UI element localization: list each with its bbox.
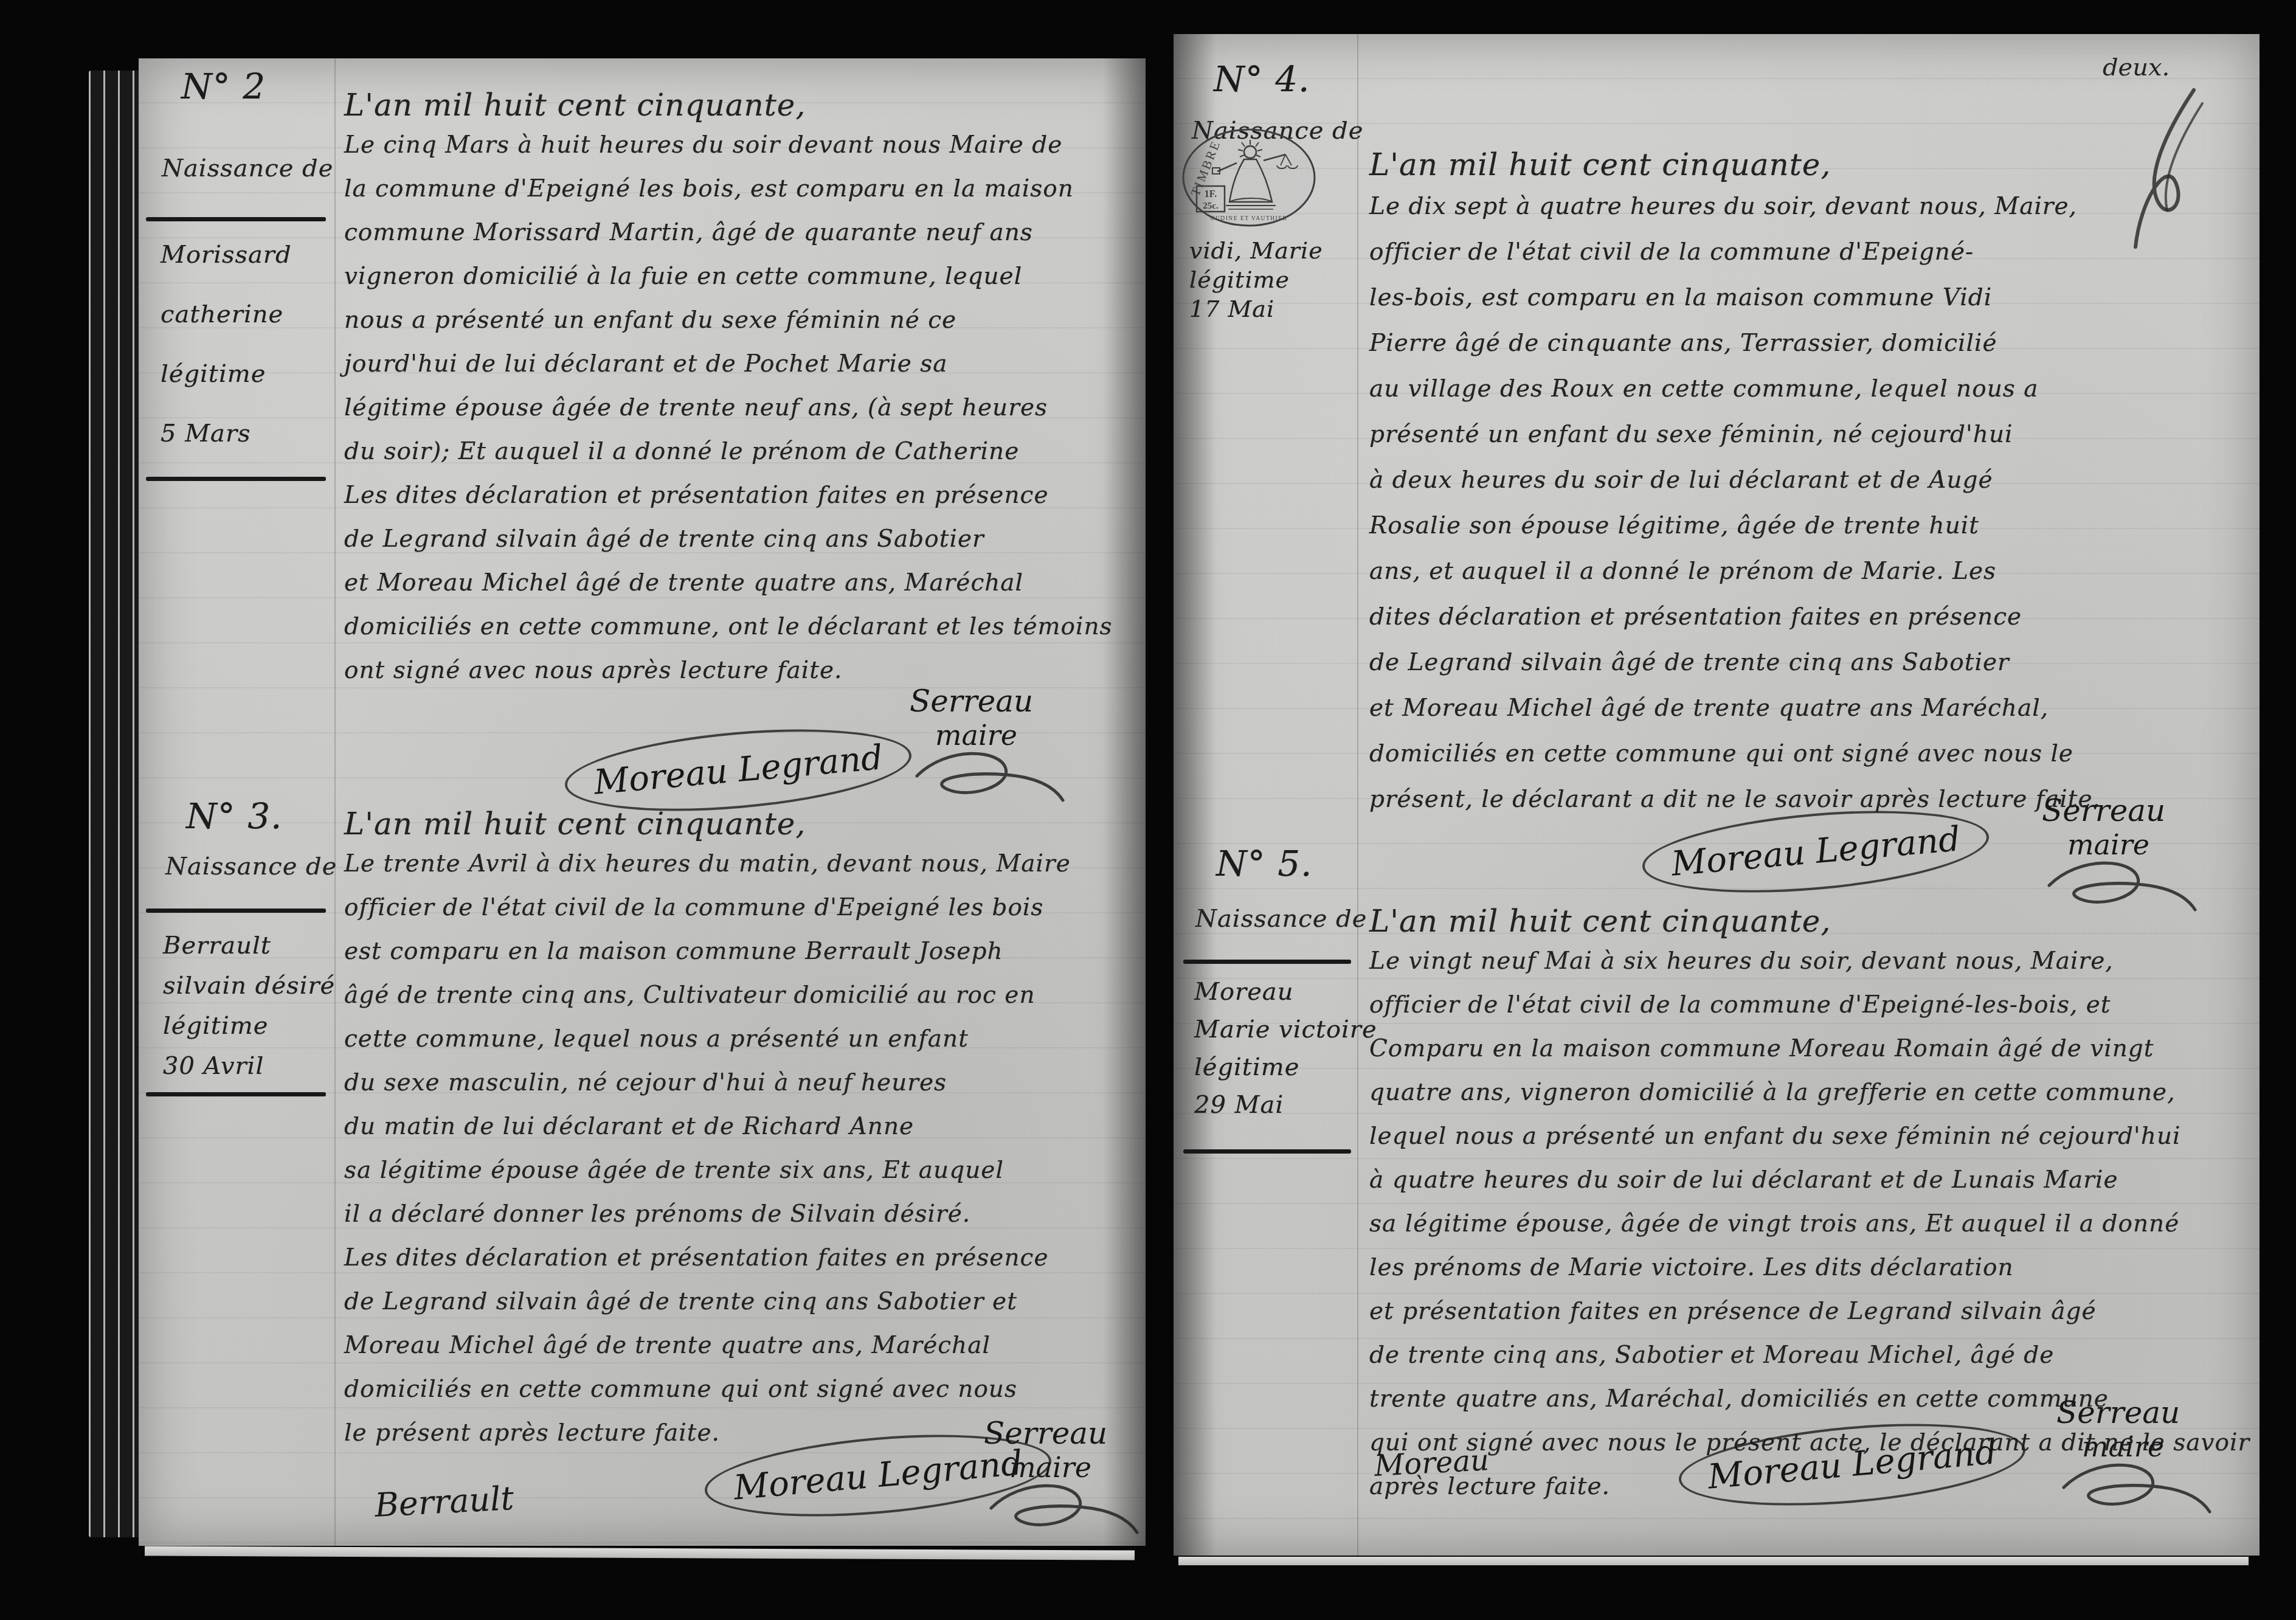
margin-line: légitime	[1194, 1053, 1377, 1091]
book-page-edges	[89, 71, 141, 1537]
signature-paraph-icon	[2056, 1452, 2215, 1525]
stamp-value-franc: 1F.	[1205, 189, 1217, 199]
act-line: cette commune, lequel nous a présenté un…	[344, 1025, 1141, 1069]
act-line: de trente cinq ans, Sabotier et Moreau M…	[1369, 1341, 2251, 1385]
act-text: L'an mil huit cent cinquante,Le cinq Mar…	[344, 88, 1141, 701]
act-line: vigneron domicilié à la fuie en cette co…	[344, 263, 1141, 306]
act-line: Le cinq Mars à huit heures du soir devan…	[344, 131, 1141, 175]
act-line: Moreau Michel âgé de trente quatre ans, …	[344, 1332, 1141, 1376]
act-line: du soir); Et auquel il a donné le prénom…	[344, 438, 1141, 482]
act-line: il a déclaré donner les prénoms de Silva…	[344, 1200, 1141, 1244]
act-line: de Legrand silvain âgé de trente cinq an…	[344, 525, 1141, 569]
act-line: dites déclaration et présentation faites…	[1369, 603, 2251, 649]
act-line: L'an mil huit cent cinquante,	[1369, 147, 2251, 193]
record-number: N° 2	[181, 66, 266, 107]
act-line: officier de l'état civil de la commune d…	[1369, 238, 2251, 284]
margin-line: silvain désiré	[163, 972, 335, 1012]
signature-mayor: Serreau maire	[984, 1416, 1146, 1546]
act-line: officier de l'état civil de la commune d…	[344, 894, 1141, 938]
signature-declarant: Berrault	[374, 1479, 515, 1525]
signature-text: maire	[2082, 1430, 2239, 1463]
act-line: domiciliés en cette commune, ont le décl…	[344, 613, 1141, 657]
act-line: Pierre âgé de cinquante ans, Terrassier,…	[1369, 330, 2251, 375]
record-number: N° 5.	[1216, 843, 1313, 884]
margin-separator	[146, 1092, 326, 1096]
act-line: présenté un enfant du sexe féminin, né c…	[1369, 421, 2251, 466]
act-line: les-bois, est comparu en la maison commu…	[1369, 284, 2251, 330]
timbre-stamp: TIMBRE 1F. 25c. OUDINE ET VAUTHIER	[1178, 125, 1319, 230]
act-line: Le vingt neuf Mai à six heures du soir, …	[1369, 947, 2251, 991]
act-line: du sexe masculin, né cejour d'hui à neuf…	[344, 1069, 1141, 1113]
act-line: domiciliés en cette commune qui ont sign…	[344, 1376, 1141, 1419]
act-line: et présentation faites en présence de Le…	[1369, 1298, 2251, 1341]
act-line: au village des Roux en cette commune, le…	[1369, 375, 2251, 421]
margin-line: Moreau	[1194, 978, 1377, 1016]
record-number: N° 3.	[186, 795, 283, 837]
act-line: jourd'hui de lui déclarant et de Pochet …	[344, 350, 1141, 394]
signature-text: maire	[935, 719, 1092, 752]
signature-paraph-icon	[984, 1473, 1142, 1546]
record-margin-name: vidi, Marielégitime17 Mai	[1189, 237, 1323, 325]
margin-line: Berrault	[163, 932, 335, 972]
act-line: Comparu en la maison commune Moreau Roma…	[1369, 1035, 2251, 1079]
act-line: Les dites déclaration et présentation fa…	[344, 482, 1141, 525]
act-line: lequel nous a présenté un enfant du sexe…	[1369, 1123, 2251, 1166]
record-number: N° 4.	[1214, 58, 1310, 100]
margin-line: vidi, Marie	[1189, 237, 1323, 266]
act-line: et Moreau Michel âgé de trente quatre an…	[344, 569, 1141, 613]
act-line: de Legrand silvain âgé de trente cinq an…	[1369, 649, 2251, 694]
margin-line: légitime	[1189, 266, 1323, 296]
right-page: deux. N° 4. Naissance de TIMBRE 1F. 25c	[1174, 34, 2260, 1556]
act-line: L'an mil huit cent cinquante,	[344, 88, 1141, 131]
margin-rule	[1357, 34, 1358, 1556]
margin-line: légitime	[161, 360, 292, 420]
signature-paraph-icon	[910, 741, 1068, 814]
margin-line: 17 Mai	[1189, 296, 1323, 325]
record-type-label: Naissance de	[162, 154, 333, 182]
signature-declarant: Moreau	[1374, 1443, 1490, 1483]
act-line: Le trente Avril à dix heures du matin, d…	[344, 850, 1141, 894]
record-margin-name: Berraultsilvain désirélégitime30 Avril	[163, 932, 335, 1092]
signature-text: Serreau	[2056, 1395, 2239, 1430]
act-line: sa légitime épouse, âgée de vingt trois …	[1369, 1210, 2251, 1254]
act-line: à deux heures du soir de lui déclarant e…	[1369, 466, 2251, 512]
act-line: commune Morissard Martin, âgé de quarant…	[344, 219, 1141, 263]
signature-text: Moreau Legrand	[592, 738, 884, 802]
act-line: à quatre heures du soir de lui déclarant…	[1369, 1166, 2251, 1210]
signature-text: Serreau	[2042, 793, 2224, 828]
record-type-label: Naissance de	[1195, 905, 1367, 933]
act-text: L'an mil huit cent cinquante,Le trente A…	[344, 806, 1141, 1463]
act-line: et Moreau Michel âgé de trente quatre an…	[1369, 694, 2251, 740]
signature-text: Serreau	[984, 1416, 1146, 1451]
act-line: nous a présenté un enfant du sexe fémini…	[344, 306, 1141, 350]
signature-mayor: Serreau maire	[910, 684, 1092, 814]
signature-mayor: Serreau maire	[2056, 1395, 2239, 1525]
margin-separator	[1183, 960, 1351, 964]
page-bottom-edge	[145, 1546, 1135, 1560]
act-line: du matin de lui déclarant et de Richard …	[344, 1113, 1141, 1157]
margin-line: 5 Mars	[161, 420, 292, 479]
act-line: Rosalie son épouse légitime, âgée de tre…	[1369, 512, 2251, 558]
stamp-engraver: OUDINE ET VAUTHIER	[1211, 216, 1288, 222]
act-line: L'an mil huit cent cinquante,	[344, 806, 1141, 850]
page-bottom-edge	[1178, 1557, 2249, 1565]
margin-line: Marie victoire	[1194, 1016, 1377, 1053]
act-line: ans, et auquel il a donné le prénom de M…	[1369, 558, 2251, 603]
margin-line: 30 Avril	[163, 1052, 335, 1092]
act-line: légitime épouse âgée de trente neuf ans,…	[344, 394, 1141, 438]
act-line: les prénoms de Marie victoire. Les dits …	[1369, 1254, 2251, 1298]
register-scan: { "colors": { "background": "#060606", "…	[0, 0, 2296, 1620]
record-margin-name: Morissardcatherinelégitime5 Mars	[161, 241, 292, 479]
margin-line: Morissard	[161, 241, 292, 300]
margin-separator	[1183, 1149, 1351, 1154]
signature-text: Serreau	[910, 684, 1092, 719]
act-line: officier de l'état civil de la commune d…	[1369, 991, 2251, 1035]
act-line: est comparu en la maison commune Berraul…	[344, 938, 1141, 981]
margin-line: légitime	[163, 1012, 335, 1052]
record-type-label: Naissance de	[165, 853, 337, 881]
act-line: domiciliés en cette commune qui ont sign…	[1369, 740, 2251, 786]
act-line: L'an mil huit cent cinquante,	[1369, 904, 2251, 947]
signature-text: maire	[2067, 828, 2224, 861]
margin-separator	[146, 909, 326, 913]
act-line: la commune d'Epeigné les bois, est compa…	[344, 175, 1141, 219]
act-line: de Legrand silvain âgé de trente cinq an…	[344, 1288, 1141, 1332]
margin-line: catherine	[161, 300, 292, 360]
margin-separator	[146, 477, 326, 481]
left-page: N° 2 Naissance de Morissardcatherinelégi…	[139, 58, 1146, 1546]
signature-text: Moreau Legrand	[1670, 819, 1962, 884]
record-margin-name: MoreauMarie victoirelégitime29 Mai	[1194, 978, 1377, 1129]
margin-separator	[146, 217, 326, 221]
act-line: Les dites déclaration et présentation fa…	[344, 1244, 1141, 1288]
stamp-value-cent: 25c.	[1203, 201, 1219, 211]
act-line: âgé de trente cinq ans, Cultivateur domi…	[344, 981, 1141, 1025]
margin-rule	[334, 58, 336, 1546]
signature-text: Moreau Legrand	[732, 1443, 1024, 1507]
act-line: Le dix sept à quatre heures du soir, dev…	[1369, 193, 2251, 238]
act-line: quatre ans, vigneron domicilié à la gref…	[1369, 1079, 2251, 1123]
margin-line: 29 Mai	[1194, 1091, 1377, 1129]
act-line: sa légitime épouse âgée de trente six an…	[344, 1157, 1141, 1200]
act-text: L'an mil huit cent cinquante,Le dix sept…	[1369, 147, 2251, 831]
folio-annotation: deux.	[2103, 54, 2170, 81]
